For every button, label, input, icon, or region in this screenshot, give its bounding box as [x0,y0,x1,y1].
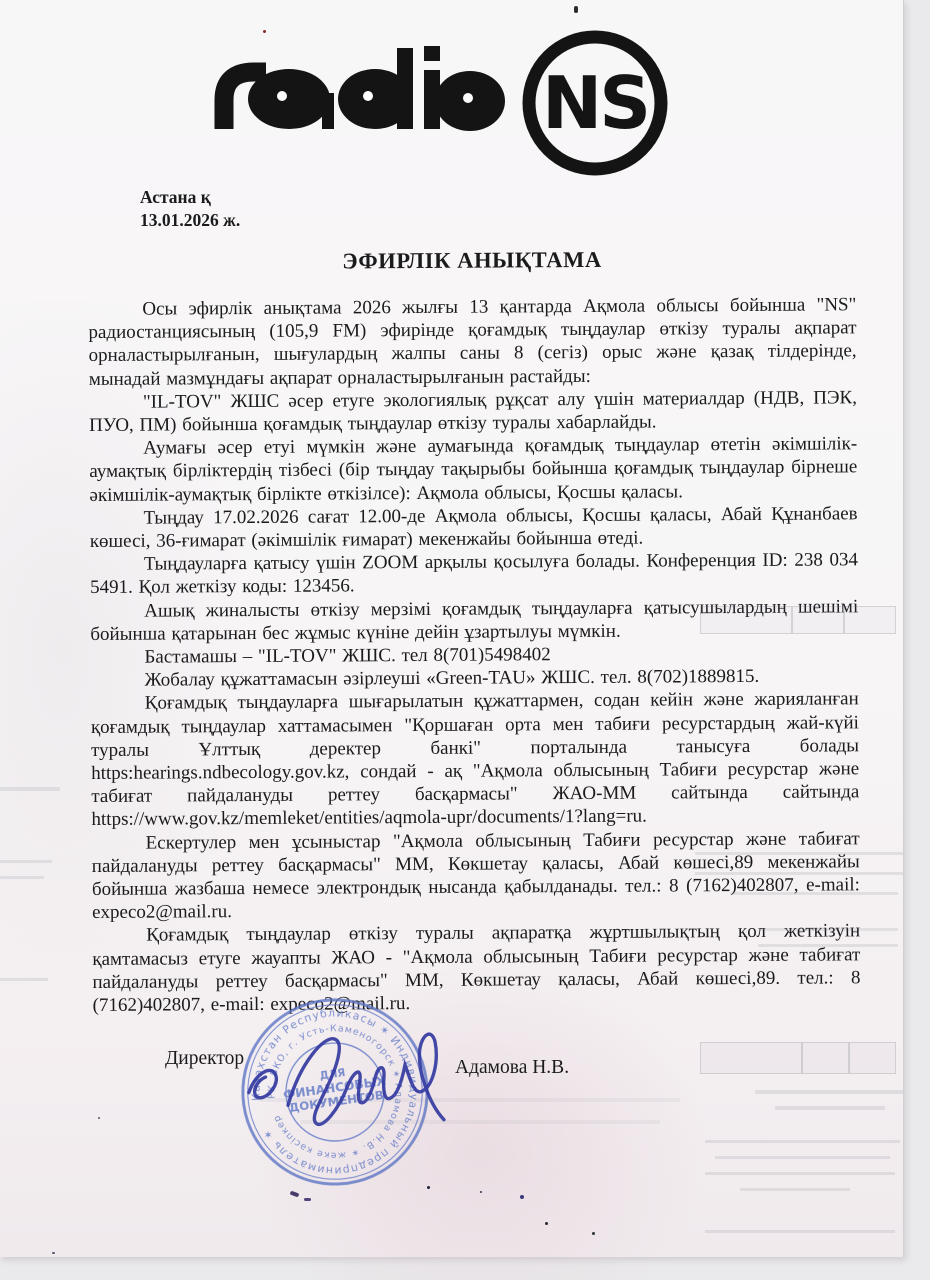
bleed-through-mark [0,787,60,791]
bleed-through-mark [705,1172,895,1175]
body-paragraphs: Осы эфирлік анықтама 2026 жылғы 13 қанта… [88,293,860,1017]
document-body: ЭФИРЛІК АНЫҚТАМА Осы эфирлік анықтама 20… [88,245,861,1017]
vinyl-dot [463,93,473,103]
ink-speck [574,6,578,13]
paragraph: Аумағы әсер етуі мүмкін және аумағында қ… [89,433,857,507]
paragraph: Тыңдауларға қатысу үшін ZOOM арқылы қосы… [90,549,858,600]
paragraph: Қоғамдық тыңдауларға шығарылатын құжатта… [91,688,860,832]
ink-speck [592,1232,595,1235]
vinyl-dot [363,91,373,101]
bleed-through-mark [755,1090,903,1094]
logo-ns-text: NS [542,61,648,145]
bleed-through-mark [802,1042,849,1074]
document-title: ЭФИРЛІК АНЫҚТАМА [88,245,856,276]
bleed-through-mark [740,1188,850,1191]
bleed-through-mark [0,876,44,879]
city-date-block: Астана қ 13.01.2026 ж. [140,186,240,232]
scanned-document: NS Астана қ 13.01.2026 ж. ЭФИРЛІК АНЫҚТА… [0,0,930,1280]
signature-scribble [235,1003,460,1155]
ink-speck [52,1252,55,1254]
vinyl-dot [277,91,287,101]
paragraph: Қоғамдық тыңдаулар өткізу туралы ақпарат… [92,920,861,1018]
signature-name: Адамова Н.В. [455,1057,569,1079]
bleed-through-mark [0,860,52,863]
bleed-through-mark [715,1156,890,1159]
ink-speck [427,1186,430,1189]
paragraph: "IL-TOV" ЖШС әсер етуге экологиялық рұқс… [89,386,857,437]
ink-speck [480,1191,482,1193]
radio-ns-logo: NS [198,8,698,183]
date-line: 13.01.2026 ж. [140,209,240,232]
paragraph: Осы эфирлік анықтама 2026 жылғы 13 қанта… [88,293,857,391]
paper-page: NS Астана қ 13.01.2026 ж. ЭФИРЛІК АНЫҚТА… [0,0,904,1257]
ink-speck [98,1117,100,1119]
paragraph: Ескертулер мен ұсыныстар "Ақмола облысын… [92,827,861,925]
bleed-through-mark [775,1106,885,1110]
paragraph: Ашық жиналысты өткізу мерзімі қоғамдық т… [90,595,858,646]
radio-wordmark [224,46,505,131]
bleed-through-mark [705,1140,900,1143]
bleed-through-mark [705,1230,895,1233]
bleed-through-mark [0,978,48,981]
ink-speck [304,1198,311,1201]
ink-speck [520,1195,524,1199]
city-line: Астана қ [140,186,240,209]
bleed-through-mark [849,1042,896,1074]
paragraph: Тыңдау 17.02.2026 сағат 12.00-де Ақмола … [90,502,858,553]
bleed-through-mark [700,1042,802,1074]
ink-speck [263,30,266,33]
ink-speck [545,1222,548,1225]
